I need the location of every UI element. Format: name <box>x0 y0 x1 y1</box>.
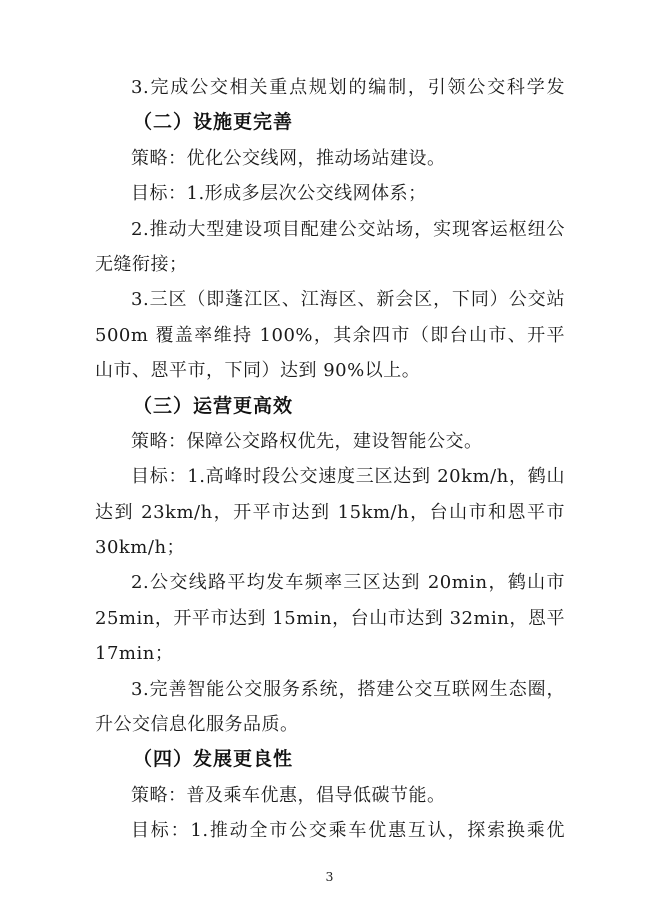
section-heading: （三）运营更高效 <box>95 389 565 424</box>
text-line: 2.推动大型建设项目配建公交站场，实现客运枢纽公交 <box>95 212 565 247</box>
text-line: 3.完善智能公交服务系统，搭建公交互联网生态圈，提 <box>95 672 565 707</box>
document-body: 3.完成公交相关重点规划的编制，引领公交科学发展。（二）设施更完善策略：优化公交… <box>95 70 565 849</box>
text-line: 升公交信息化服务品质。 <box>95 707 565 742</box>
text-line: 目标：1.推动全市公交乘车优惠互认，探索换乘优惠； <box>95 813 565 848</box>
text-line: 500m 覆盖率维持 100%，其余四市（即台山市、开平市、鹤 <box>95 318 565 353</box>
text-line: 2.公交线路平均发车频率三区达到 20min，鹤山市达到 <box>95 565 565 600</box>
page-number: 3 <box>0 869 659 884</box>
text-line: 25min，开平市达到 15min，台山市达到 32min，恩平市达到 <box>95 601 565 636</box>
document-page: 3.完成公交相关重点规划的编制，引领公交科学发展。（二）设施更完善策略：优化公交… <box>0 0 659 902</box>
text-line: 3.三区（即蓬江区、江海区、新会区，下同）公交站点 <box>95 282 565 317</box>
text-line: 策略：普及乘车优惠，倡导低碳节能。 <box>95 778 565 813</box>
text-line: 山市、恩平市，下同）达到 90%以上。 <box>95 353 565 388</box>
text-line: 无缝衔接； <box>95 247 565 282</box>
text-line: 17min； <box>95 636 565 671</box>
text-line: 30km/h； <box>95 530 565 565</box>
text-line: 策略：优化公交线网，推动场站建设。 <box>95 141 565 176</box>
text-line: 目标：1.形成多层次公交线网体系； <box>95 176 565 211</box>
section-heading: （四）发展更良性 <box>95 742 565 777</box>
text-line: 策略：保障公交路权优先，建设智能公交。 <box>95 424 565 459</box>
section-heading: （二）设施更完善 <box>95 105 565 140</box>
text-line: 达到 23km/h，开平市达到 15km/h，台山市和恩平市达到 <box>95 495 565 530</box>
text-line: 3.完成公交相关重点规划的编制，引领公交科学发展。 <box>95 70 565 105</box>
text-line: 目标：1.高峰时段公交速度三区达到 20km/h，鹤山市 <box>95 459 565 494</box>
